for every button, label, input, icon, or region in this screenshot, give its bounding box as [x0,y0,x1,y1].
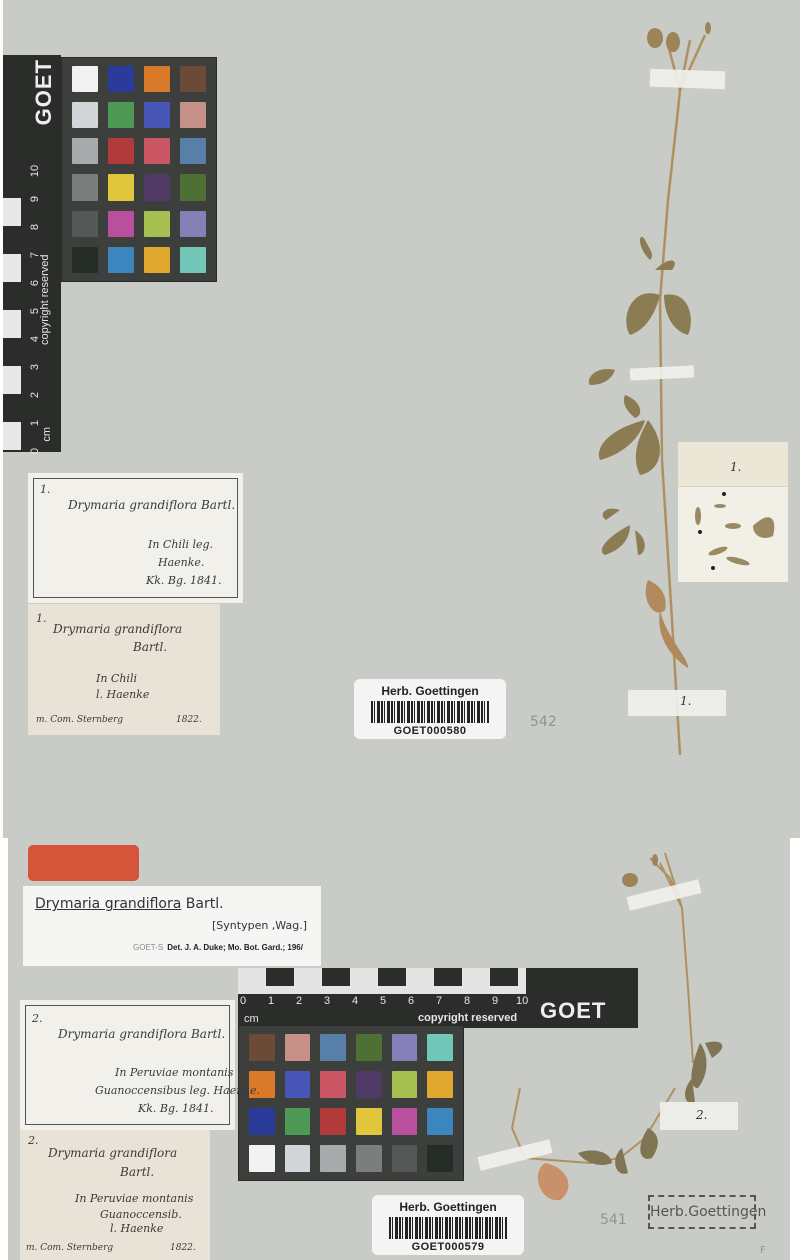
mounting-tape [650,69,726,90]
pencil-number: 541 [600,1212,627,1228]
mounting-tape-label: 2. [660,1102,738,1130]
barcode-label: Herb. Goettingen GOET000579 [372,1195,524,1255]
corner-mark: F [760,1245,766,1256]
fragment-envelope: 1. [678,442,788,582]
barcode [389,1217,507,1239]
catalog-number: GOET000579 [372,1241,524,1253]
herbarium-stamp: Herb.Goettingen [648,1195,756,1229]
mounting-tape-label: 1. [628,690,726,716]
